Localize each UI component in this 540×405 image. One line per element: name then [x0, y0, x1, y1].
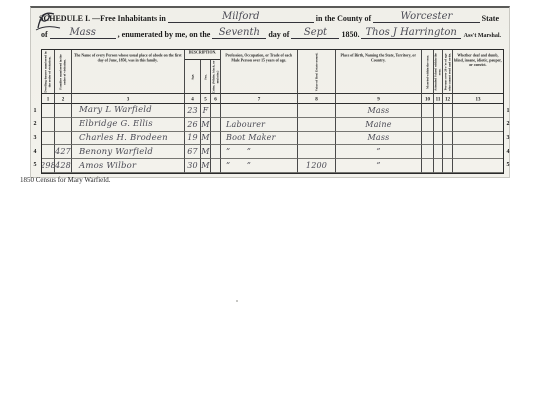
header-dwelling: Dwelling-houses numbered in the order of…: [42, 50, 55, 94]
cell-school: [434, 159, 443, 173]
cell-married: [422, 159, 434, 173]
colnum-6: 6: [211, 94, 221, 104]
cell-birthplace: ”: [336, 159, 422, 173]
free-inhabitants-label: —Free Inhabitants in: [92, 14, 166, 23]
cell-occupation: Boot Maker: [221, 132, 298, 146]
cell-married: [422, 145, 434, 159]
census-table: Dwelling-houses numbered in the order of…: [41, 49, 504, 174]
header-age: Age.: [185, 60, 201, 94]
header-sex: Sex.: [201, 60, 211, 94]
cell-remarks: [453, 118, 503, 132]
colnum-3: 3: [72, 94, 185, 104]
cell-age: 23: [185, 104, 201, 118]
description-group-label: DESCRIPTION.: [185, 50, 220, 60]
colnum-9: 9: [336, 94, 422, 104]
cell-age: 30: [185, 159, 201, 173]
cell-married: [422, 118, 434, 132]
cell-dwelling: [42, 104, 55, 118]
cell-school: [434, 145, 443, 159]
cell-color: [211, 145, 221, 159]
cell-value: [298, 118, 336, 132]
cell-dwelling: [42, 145, 55, 159]
line-number: 5: [31, 158, 39, 172]
handwritten-county: Worcester: [373, 11, 480, 23]
schedule-label: SCHEDULE I.: [39, 14, 90, 23]
line-numbers-left: 1 2 3 4 5: [31, 104, 39, 172]
cell-dwelling: [42, 118, 55, 132]
header-married: Married within the year.: [422, 50, 434, 94]
cell-dwelling: 298: [42, 159, 55, 173]
cell-occupation: [221, 104, 298, 118]
cell-remarks: [453, 159, 503, 173]
cell-cannot-read-write: [443, 159, 453, 173]
document-header-line2: of Mass , enumerated by me, on the Seven…: [39, 27, 501, 39]
handwritten-month: Sept: [291, 27, 339, 39]
cell-cannot-read-write: [443, 104, 453, 118]
colnum-8: 8: [298, 94, 336, 104]
header-cannot-read-write: Persons over 20 y'rs of age who cannot r…: [443, 50, 453, 94]
header-color: Color, (White, black, or mulatto.): [211, 60, 220, 94]
cell-remarks: [453, 132, 503, 146]
census-document-scan: SCHEDULE I. —Free Inhabitants in Milford…: [30, 6, 510, 178]
cell-family: 428: [55, 159, 72, 173]
cell-value: [298, 145, 336, 159]
image-caption: 1850 Census for Mary Warfield.: [20, 176, 110, 184]
scan-speck-artifact: [236, 300, 238, 302]
header-occupation: Profession, Occupation, or Trade of each…: [221, 50, 298, 94]
document-header-line1: SCHEDULE I. —Free Inhabitants in Milford…: [39, 11, 501, 23]
cell-name: Elbridge G. Ellis: [72, 118, 185, 132]
header-family: Families numbered in the order of visita…: [55, 50, 72, 94]
cell-value: [298, 104, 336, 118]
cell-school: [434, 118, 443, 132]
cell-family: [55, 118, 72, 132]
cell-cannot-read-write: [443, 145, 453, 159]
header-remarks: Whether deaf and dumb, blind, insane, id…: [453, 50, 503, 94]
cell-school: [434, 104, 443, 118]
cell-cannot-read-write: [443, 132, 453, 146]
cell-birthplace: Mass: [336, 104, 422, 118]
handwritten-place: Milford: [168, 11, 314, 23]
colnum-5: 5: [201, 94, 211, 104]
cell-school: [434, 132, 443, 146]
cell-color: [211, 104, 221, 118]
cell-cannot-read-write: [443, 118, 453, 132]
colnum-4: 4: [185, 94, 201, 104]
cell-family: 427: [55, 145, 72, 159]
header-value-real-estate: Value of Real Estate owned.: [298, 50, 336, 94]
cell-birthplace: ”: [336, 145, 422, 159]
cell-married: [422, 104, 434, 118]
header-birthplace: Place of Birth, Naming the State, Territ…: [336, 50, 422, 94]
colnum-13: 13: [453, 94, 503, 104]
cell-name: Amos Wilbor: [72, 159, 185, 173]
cell-color: [211, 118, 221, 132]
cell-birthplace: Mass: [336, 132, 422, 146]
line-numbers-right: 1 2 3 4 5: [504, 104, 512, 172]
colnum-7: 7: [221, 94, 298, 104]
cell-name: Charles H. Brodeen: [72, 132, 185, 146]
cell-occupation: ” ”: [221, 145, 298, 159]
cell-age: 67: [185, 145, 201, 159]
line-number: 1: [504, 104, 512, 118]
colnum-11: 11: [434, 94, 443, 104]
line-number: 3: [504, 131, 512, 145]
cell-color: [211, 159, 221, 173]
line-number: 4: [31, 145, 39, 159]
handwritten-day: Seventh: [212, 27, 266, 39]
cell-age: 19: [185, 132, 201, 146]
colnum-10: 10: [422, 94, 434, 104]
of-label: of: [41, 30, 48, 39]
cell-sex: M: [201, 118, 211, 132]
cell-family: [55, 104, 72, 118]
enumerated-label: , enumerated by me, on the: [118, 30, 211, 39]
line-number: 1: [31, 104, 39, 118]
header-attended-school: Attended School within the year.: [434, 50, 443, 94]
handwritten-marshal-signature: Thos J Harrington: [361, 27, 460, 39]
cell-value: 1200: [298, 159, 336, 173]
cell-value: [298, 132, 336, 146]
cell-sex: F: [201, 104, 211, 118]
cell-remarks: [453, 104, 503, 118]
cell-name: Mary L Warfield: [72, 104, 185, 118]
handwritten-state: Mass: [50, 27, 116, 39]
cell-dwelling: [42, 132, 55, 146]
header-description-group: DESCRIPTION. Age. Sex. Color, (White, bl…: [185, 50, 221, 94]
cell-age: 26: [185, 118, 201, 132]
cell-name: Benony Warfield: [72, 145, 185, 159]
header-name: The Name of every Person whose usual pla…: [72, 50, 185, 94]
cell-family: [55, 132, 72, 146]
cell-occupation: ” ”: [221, 159, 298, 173]
day-of-label: day of: [268, 30, 289, 39]
cell-occupation: Labourer: [221, 118, 298, 132]
state-label: State: [482, 14, 499, 23]
cell-sex: M: [201, 145, 211, 159]
year-label: 1850.: [341, 30, 359, 39]
colnum-12: 12: [443, 94, 453, 104]
county-label: in the County of: [316, 14, 371, 23]
schedule-text: SCHEDULE I.: [39, 14, 90, 23]
line-number: 2: [31, 118, 39, 132]
colnum-1: 1: [42, 94, 55, 104]
line-number: 4: [504, 145, 512, 159]
cell-birthplace: Maine: [336, 118, 422, 132]
line-number: 3: [31, 131, 39, 145]
cell-married: [422, 132, 434, 146]
cell-color: [211, 132, 221, 146]
marshal-label: Ass't Marshal.: [464, 33, 501, 39]
cell-sex: M: [201, 159, 211, 173]
cell-remarks: [453, 145, 503, 159]
line-number: 5: [504, 158, 512, 172]
cell-sex: M: [201, 132, 211, 146]
colnum-2: 2: [55, 94, 72, 104]
line-number: 2: [504, 118, 512, 132]
